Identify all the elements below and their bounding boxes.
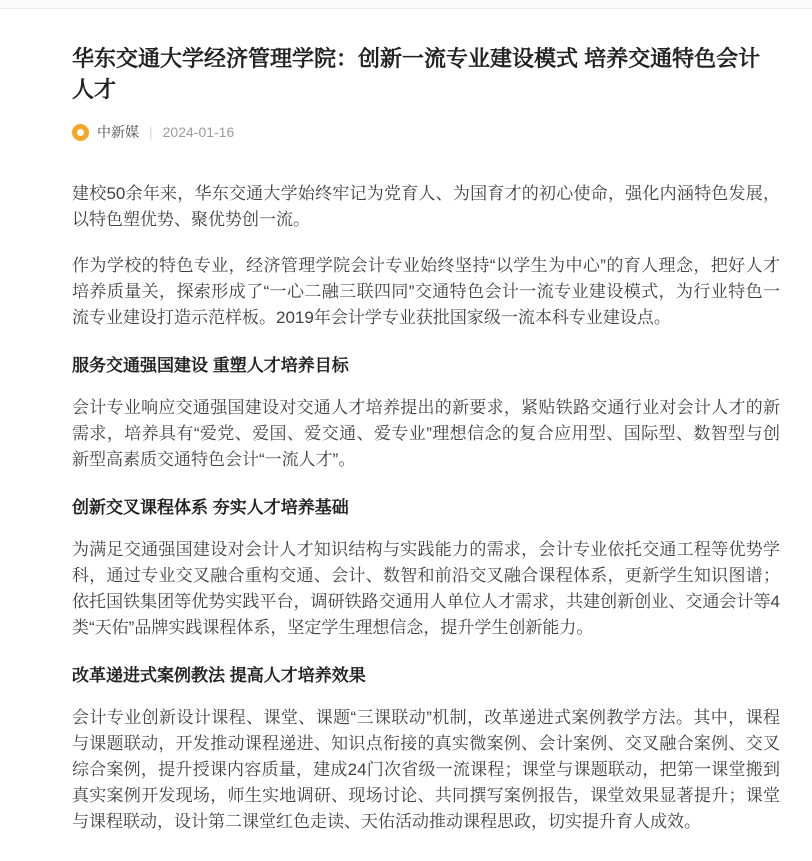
section-heading-goal: 服务交通强国建设 重塑人才培养目标 bbox=[72, 355, 780, 377]
article-paragraph: 作为学校的特色专业，经济管理学院会计专业始终坚持“以学生为中心”的育人理念，把好… bbox=[72, 253, 780, 331]
article-paragraph: 建校50余年来，华东交通大学始终牢记为党育人、为国育才的初心使命，强化内涵特色发… bbox=[72, 181, 780, 233]
article-page: 华东交通大学经济管理学院：创新一流专业建设模式 培养交通特色会计人才 中新媒 |… bbox=[0, 0, 812, 861]
source-name-link[interactable]: 中新媒 bbox=[97, 123, 139, 141]
article-paragraph: 会计专业响应交通强国建设对交通人才培养提出的新要求，紧贴铁路交通行业对会计人才的… bbox=[72, 395, 780, 473]
byline-separator: | bbox=[149, 123, 153, 141]
top-divider bbox=[0, 0, 812, 9]
article: 华东交通大学经济管理学院：创新一流专业建设模式 培养交通特色会计人才 中新媒 |… bbox=[0, 9, 812, 835]
publish-date: 2024-01-16 bbox=[163, 123, 235, 141]
article-paragraph: 为满足交通强国建设对会计人才知识结构与实践能力的需求，会计专业依托交通工程等优势… bbox=[72, 537, 780, 641]
article-paragraph: 会计专业创新设计课程、课堂、课题“三课联动”机制，改革递进式案例教学方法。其中，… bbox=[72, 705, 780, 835]
section-heading-curriculum: 创新交叉课程体系 夯实人才培养基础 bbox=[72, 497, 780, 519]
byline: 中新媒 | 2024-01-16 bbox=[72, 123, 780, 141]
article-title: 华东交通大学经济管理学院：创新一流专业建设模式 培养交通特色会计人才 bbox=[72, 43, 780, 105]
section-heading-teaching: 改革递进式案例教法 提高人才培养效果 bbox=[72, 665, 780, 687]
source-logo-icon bbox=[72, 124, 89, 141]
